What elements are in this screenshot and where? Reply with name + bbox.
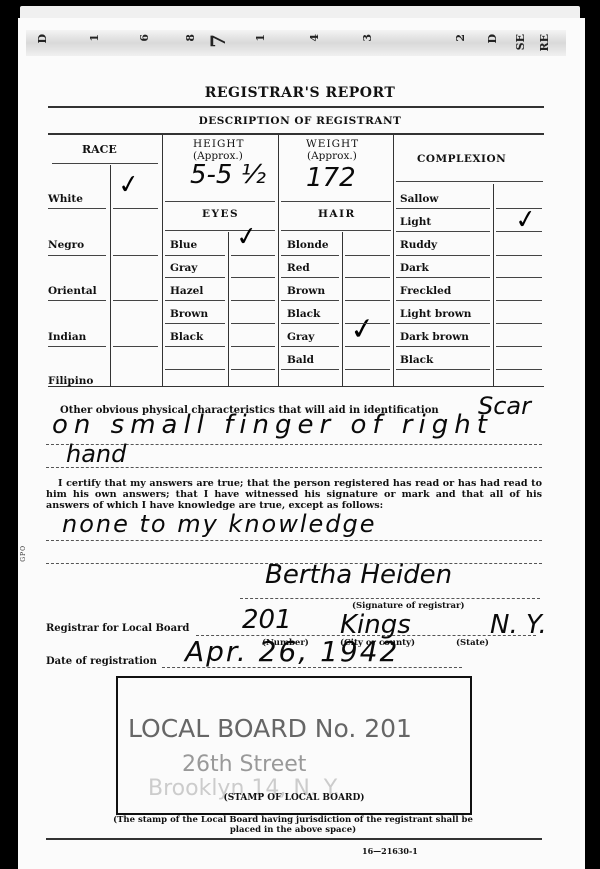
table-divider xyxy=(228,232,229,386)
hair-option-blonde: Blonde xyxy=(287,239,329,251)
row-rule xyxy=(165,255,225,256)
characteristics-line xyxy=(46,467,542,468)
race-header-rule xyxy=(52,163,158,164)
margin-print-mark: GPO xyxy=(20,545,27,562)
row-rule xyxy=(345,369,390,370)
complexion-option-light-brown: Light brown xyxy=(400,308,471,320)
complexion-option-sallow: Sallow xyxy=(400,193,438,205)
race-header: RACE xyxy=(82,143,117,156)
strip-mark: 3 xyxy=(361,34,374,42)
table-divider xyxy=(278,134,279,386)
row-rule xyxy=(48,208,106,209)
row-rule xyxy=(281,323,339,324)
local-board-label: Registrar for Local Board xyxy=(46,623,189,634)
strip-mark: RE xyxy=(538,34,551,52)
row-rule xyxy=(113,208,158,209)
row-rule xyxy=(396,208,490,209)
row-rule xyxy=(496,369,542,370)
row-rule xyxy=(281,255,339,256)
row-rule xyxy=(165,346,225,347)
hair-option-red: Red xyxy=(287,262,310,274)
table-divider xyxy=(393,134,394,386)
race-option-filipino: Filipino xyxy=(48,375,93,387)
row-rule xyxy=(113,346,158,347)
state-caption: (State) xyxy=(456,638,489,648)
form-header-strip: D 1 6 8 7 1 4 3 2 D SE RE xyxy=(26,30,566,56)
row-rule xyxy=(231,346,275,347)
local-board-state: N. Y. xyxy=(490,610,547,640)
stamp-line-2: 26th Street xyxy=(182,752,306,777)
row-rule xyxy=(231,369,275,370)
row-rule xyxy=(396,323,490,324)
row-rule xyxy=(396,277,490,278)
characteristics-value-2: on small finger of right xyxy=(52,410,493,440)
form-number: 16—21630-1 xyxy=(362,846,418,856)
row-rule xyxy=(345,300,390,301)
row-rule xyxy=(496,323,542,324)
eyes-header: EYES xyxy=(202,208,239,220)
row-rule xyxy=(48,300,106,301)
row-rule xyxy=(496,231,542,232)
row-rule xyxy=(345,255,390,256)
row-rule xyxy=(281,369,339,370)
race-white-check: ✓ xyxy=(116,169,142,202)
race-option-indian: Indian xyxy=(48,331,86,343)
complexion-option-dark: Dark xyxy=(400,262,429,274)
row-rule xyxy=(113,255,158,256)
weight-header: WEIGHT xyxy=(306,138,359,150)
race-option-oriental: Oriental xyxy=(48,285,97,297)
registration-date-value: Apr. 26, 1942 xyxy=(185,635,399,668)
race-option-white: White xyxy=(48,193,83,205)
strip-mark: 1 xyxy=(88,34,101,42)
eyes-blue-check: ✓ xyxy=(234,221,260,254)
strip-mark: 2 xyxy=(454,34,467,42)
strip-mark: 6 xyxy=(138,34,151,42)
row-rule xyxy=(281,346,339,347)
complexion-header: COMPLEXION xyxy=(417,153,506,165)
eyes-option-brown: Brown xyxy=(170,308,208,320)
row-rule xyxy=(113,300,158,301)
characteristics-value-3: hand xyxy=(66,440,126,468)
eyes-header-rule xyxy=(165,230,275,231)
complexion-header-rule xyxy=(396,181,543,182)
eyes-option-hazel: Hazel xyxy=(170,285,203,297)
row-rule xyxy=(231,277,275,278)
race-option-negro: Negro xyxy=(48,239,84,251)
table-divider xyxy=(342,232,343,386)
row-rule xyxy=(281,277,339,278)
stamp-note: (The stamp of the Local Board having jur… xyxy=(112,815,474,835)
row-rule xyxy=(396,369,490,370)
table-divider xyxy=(162,134,163,386)
table-bottom-rule xyxy=(48,386,544,387)
complexion-option-dark-brown: Dark brown xyxy=(400,331,469,343)
strip-mark: SE xyxy=(514,34,527,50)
strip-mark: 7 xyxy=(206,34,230,48)
row-rule xyxy=(165,369,225,370)
row-rule xyxy=(165,277,225,278)
row-rule xyxy=(345,346,390,347)
row-rule xyxy=(396,231,490,232)
registrar-signature: Bertha Heiden xyxy=(265,560,452,590)
height-value: 5-5 ½ xyxy=(190,160,266,190)
weight-rule xyxy=(281,201,391,202)
form-title: REGISTRAR'S REPORT xyxy=(0,85,600,101)
signature-line xyxy=(240,598,540,599)
table-divider xyxy=(110,165,111,386)
hair-header-rule xyxy=(281,230,391,231)
row-rule xyxy=(496,208,542,209)
weight-value: 172 xyxy=(306,163,356,193)
row-rule xyxy=(165,323,225,324)
height-rule xyxy=(165,201,275,202)
row-rule xyxy=(48,255,106,256)
row-rule xyxy=(345,323,390,324)
table-divider xyxy=(493,184,494,386)
row-rule xyxy=(396,346,490,347)
hair-gray-check: ✓ xyxy=(348,310,378,348)
row-rule xyxy=(165,300,225,301)
eyes-option-black: Black xyxy=(170,331,203,343)
row-rule xyxy=(48,346,106,347)
hair-option-brown: Brown xyxy=(287,285,325,297)
stamp-line-1: LOCAL BOARD No. 201 xyxy=(128,714,412,743)
stamp-caption: (STAMP OF LOCAL BOARD) xyxy=(118,793,470,803)
row-rule xyxy=(281,300,339,301)
strip-mark: 8 xyxy=(184,34,197,42)
row-rule xyxy=(231,323,275,324)
local-board-number: 201 xyxy=(242,605,292,635)
hair-header: HAIR xyxy=(318,208,356,220)
strip-mark: D xyxy=(486,34,499,44)
complexion-option-light: Light xyxy=(400,216,431,228)
certification-exceptions: none to my knowledge xyxy=(62,510,377,538)
row-rule xyxy=(496,346,542,347)
hair-option-gray: Gray xyxy=(287,331,314,343)
row-rule xyxy=(396,300,490,301)
hair-option-bald: Bald xyxy=(287,354,314,366)
strip-mark: 1 xyxy=(254,34,267,42)
row-rule xyxy=(496,255,542,256)
title-rule xyxy=(48,106,544,108)
complexion-option-ruddy: Ruddy xyxy=(400,239,437,251)
stamp-box: LOCAL BOARD No. 201 26th Street Brooklyn… xyxy=(116,676,472,815)
section-title: DESCRIPTION OF REGISTRANT xyxy=(0,115,600,127)
bottom-rule xyxy=(46,838,542,840)
complexion-option-freckled: Freckled xyxy=(400,285,451,297)
eyes-option-gray: Gray xyxy=(170,262,197,274)
eyes-option-blue: Blue xyxy=(170,239,197,251)
section-rule xyxy=(48,133,544,135)
complexion-option-black: Black xyxy=(400,354,433,366)
row-rule xyxy=(496,300,542,301)
registration-date-label: Date of registration xyxy=(46,656,157,667)
row-rule xyxy=(496,277,542,278)
height-header: HEIGHT xyxy=(193,138,245,150)
weight-sub: (Approx.) xyxy=(307,150,357,162)
certification-text: I certify that my answers are true; that… xyxy=(46,478,542,511)
strip-mark: 4 xyxy=(308,34,321,42)
strip-mark: D xyxy=(36,34,49,44)
row-rule xyxy=(396,255,490,256)
row-rule xyxy=(231,255,275,256)
row-rule xyxy=(345,277,390,278)
hair-option-black: Black xyxy=(287,308,320,320)
exceptions-line xyxy=(46,540,542,541)
row-rule xyxy=(231,300,275,301)
